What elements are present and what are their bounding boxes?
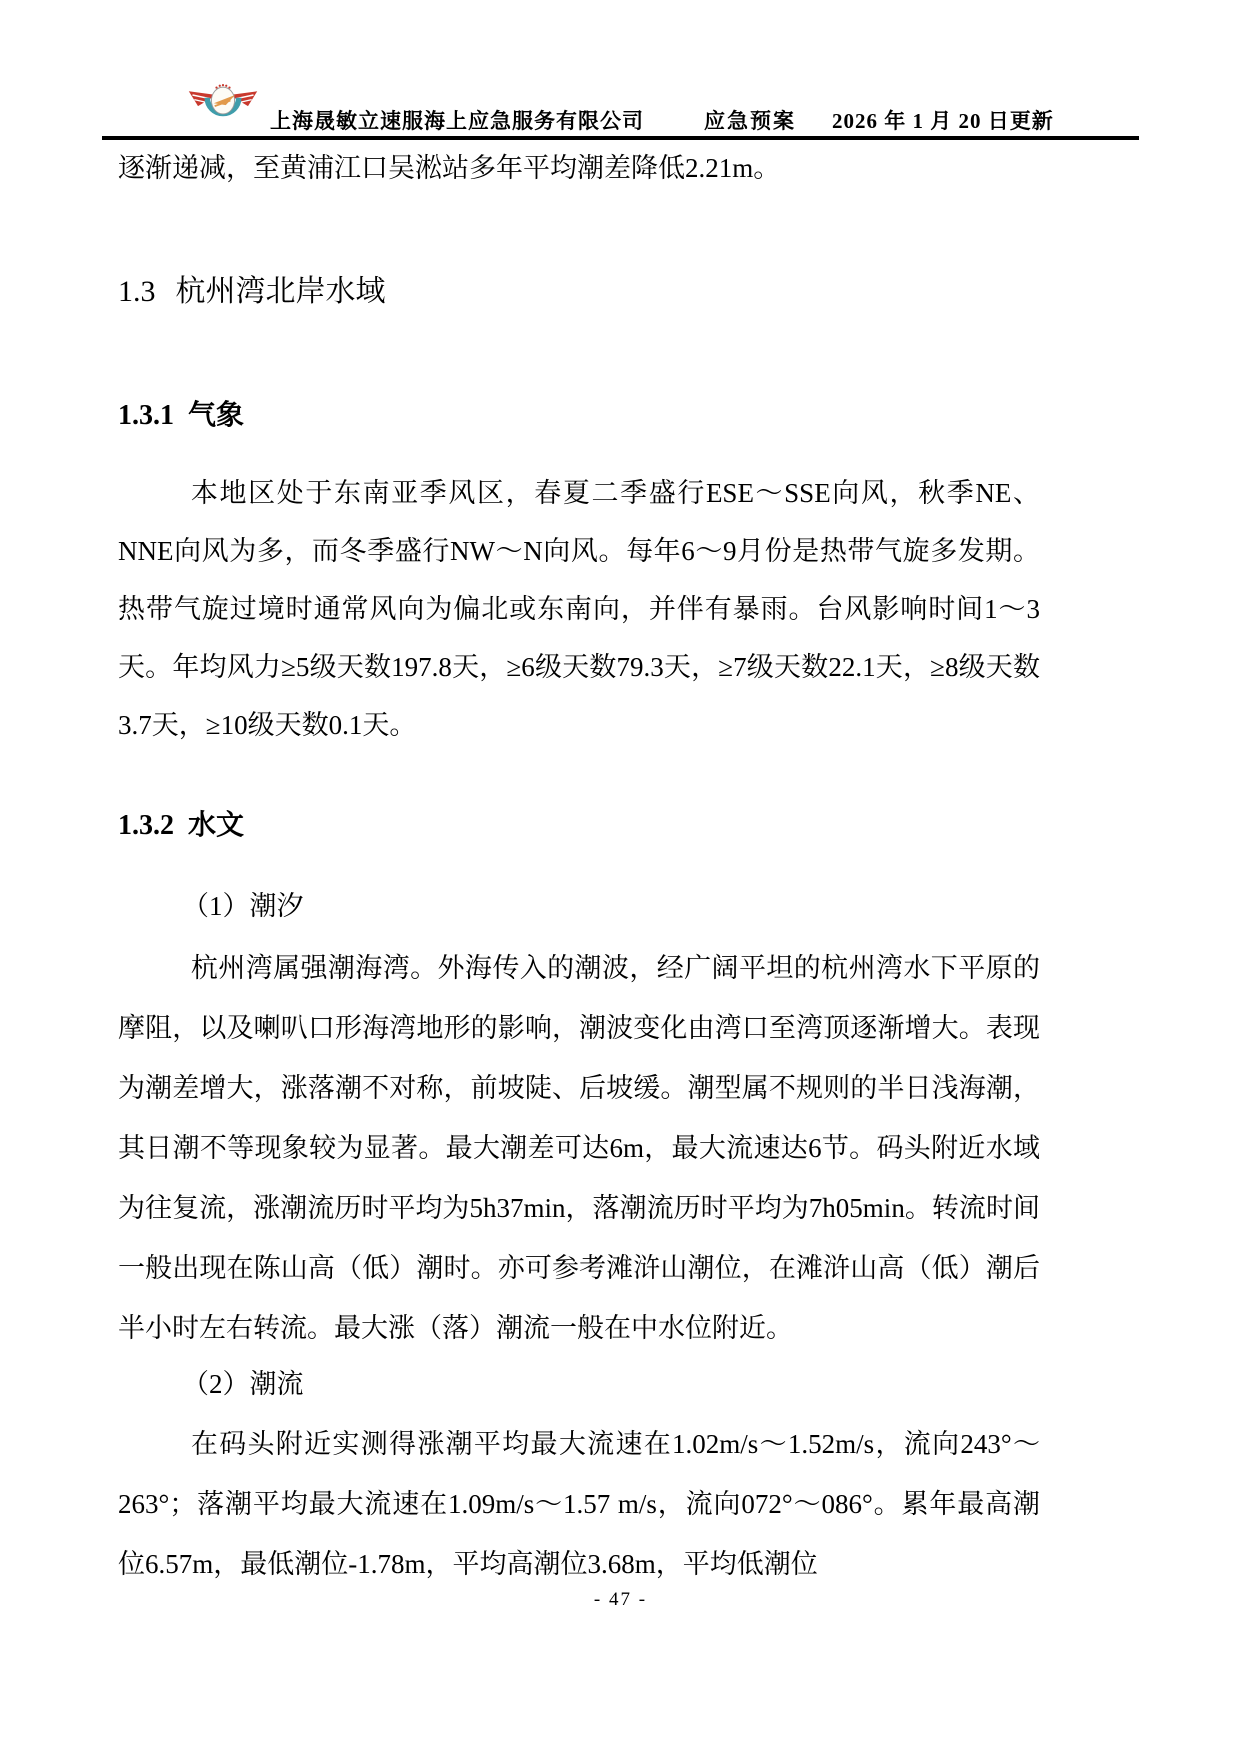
subsection-title: 气象	[188, 400, 244, 431]
doc-type-label: 应急预案	[704, 108, 796, 134]
document-body: 逐渐递减，至黄浦江口吴淞站多年平均潮差降低2.21m。 1.3杭州湾北岸水域 1…	[118, 144, 1040, 1594]
tide-item-label: （1）潮汐	[118, 878, 1040, 934]
subsection-number: 1.3.1	[118, 400, 174, 431]
page-number: - 47 -	[594, 1589, 647, 1610]
subsection-title: 水文	[188, 810, 244, 841]
company-name: 上海晟敏立速服海上应急服务有限公司	[270, 108, 644, 134]
updated-date: 2026 年 1 月 20 日更新	[832, 108, 1054, 134]
company-logo-icon	[186, 80, 260, 134]
page-header: 上海晟敏立速服海上应急服务有限公司 应急预案 2026 年 1 月 20 日更新	[102, 0, 1139, 140]
current-paragraph: 在码头附近实测得涨潮平均最大流速在1.02m/s～1.52m/s，流向243°～…	[118, 1414, 1040, 1594]
section-1-3-1-heading: 1.3.1气象	[118, 394, 1040, 438]
document-page: 上海晟敏立速服海上应急服务有限公司 应急预案 2026 年 1 月 20 日更新…	[0, 0, 1241, 1754]
section-1-3-heading: 1.3杭州湾北岸水域	[118, 270, 1040, 314]
continuation-line: 逐渐递减，至黄浦江口吴淞站多年平均潮差降低2.21m。	[118, 144, 1040, 192]
meteorology-paragraph: 本地区处于东南亚季风区，春夏二季盛行ESE～SSE向风，秋季NE、NNE向风为多…	[118, 464, 1040, 754]
section-1-3-2-heading: 1.3.2水文	[118, 804, 1040, 848]
current-item-label: （2）潮流	[118, 1358, 1040, 1410]
section-title: 杭州湾北岸水域	[176, 275, 386, 308]
tide-paragraph: 杭州湾属强潮海湾。外海传入的潮波，经广阔平坦的杭州湾水下平原的摩阻，以及喇叭口形…	[118, 938, 1040, 1358]
section-number: 1.3	[118, 275, 156, 308]
subsection-number: 1.3.2	[118, 810, 174, 841]
